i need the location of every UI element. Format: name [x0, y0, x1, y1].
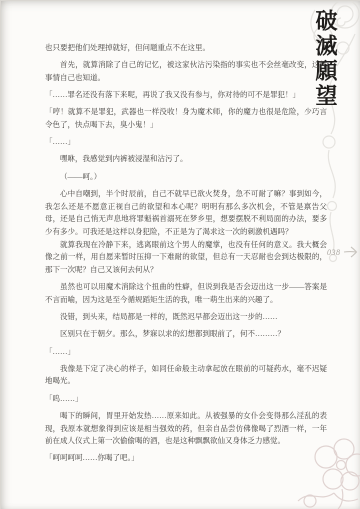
- paragraph: （——呵。）: [45, 171, 327, 184]
- paragraph: 「……罪名还没有落下来呢，再说了我又没有参与，你对待的可不是罪犯！」: [45, 89, 327, 102]
- page-number-area: 038: [327, 245, 359, 259]
- scan-edge-top: [0, 0, 360, 1]
- paragraph: 我像是下定了决心的样子，如同任命般主动拿起放在眼前的可疑药水，毫不迟疑地喝光。: [45, 363, 327, 388]
- paragraph: 区别只在于朝夕。那么，梦寐以求的幻想都到眼前了，何不………？: [45, 328, 327, 341]
- paragraph: 「哼！就算不是罪犯，武器也一样没收！身为魔术师，你的魔力也很是危险，少巧言令色了…: [45, 106, 327, 131]
- paragraph: 「……」: [45, 346, 327, 359]
- paragraph: 嘿咻，我感觉到内裤被浸湿和沾污了。: [45, 153, 327, 166]
- paragraph: 「呵呵呵呵……你喝了吧。」: [45, 452, 327, 465]
- paragraph: 「……」: [45, 136, 327, 149]
- page-number: 038: [327, 248, 341, 257]
- paragraph: 也只要把他们处理掉就好，但问题重点不在这里。: [45, 42, 327, 55]
- paragraph: 虽然也可以用魔术消除这个扭曲的性癖，但说到我是否会迈出这一步——答案是不言而喻，…: [45, 281, 327, 306]
- paragraph: 首先，就算消除了自己的记忆，被这家伙沾污染指的事实也不会丝毫改变，这件事情自己也…: [45, 59, 327, 84]
- body-text: 也只要把他们处理掉就好，但问题重点不在这里。首先，就算消除了自己的记忆，被这家伙…: [45, 42, 327, 465]
- paragraph: 心中自嘲到，半个时辰前，自己不就早已欲火焚身，急不可耐了嘛？事到如今，我怎么还是…: [45, 188, 327, 239]
- paragraph: 没错，到头来，结局都是一样的，既然迟早都会迈出这一步的……: [45, 311, 327, 324]
- book-page: 破滅願望 也只要把他们处理掉就好，但问题重点不在这里。首先，就算消除了自己的记忆…: [0, 0, 360, 509]
- arrow-flourish-icon: [343, 245, 359, 259]
- paragraph: 喝下的瞬间，胃里开始发热……原来如此。从被强暴的女仆会变得那么淫乱的表现，我原本…: [45, 410, 327, 448]
- paragraph: 「呜……」: [45, 393, 327, 406]
- scan-edge-left: [0, 0, 1, 509]
- paragraph: 就算我现在冷静下来，逃离眼前这个男人的魔掌，也没有任何的意义。我大概会像之前一样…: [45, 239, 327, 277]
